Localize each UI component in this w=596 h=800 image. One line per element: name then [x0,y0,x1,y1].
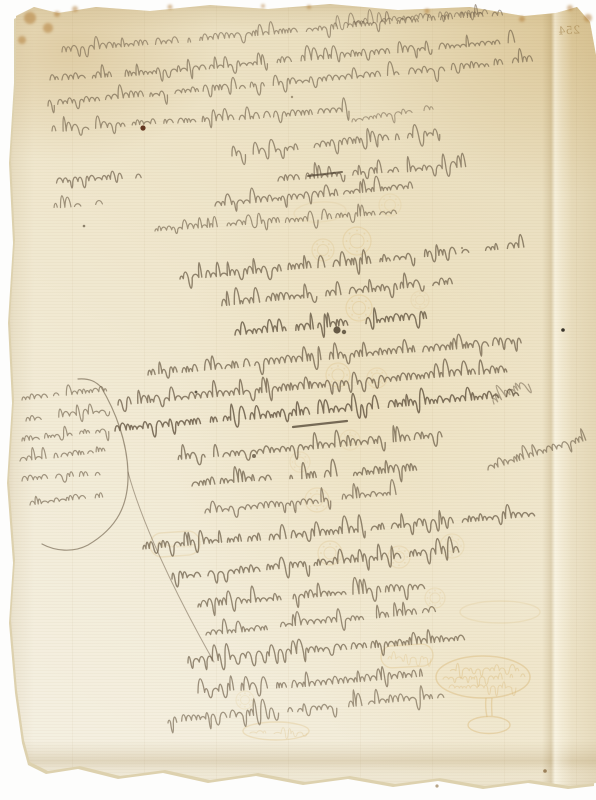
folio-number: 254 [552,23,587,38]
scanned-document: 254 [0,0,596,800]
bleedthrough-ink-overlay [0,0,596,800]
